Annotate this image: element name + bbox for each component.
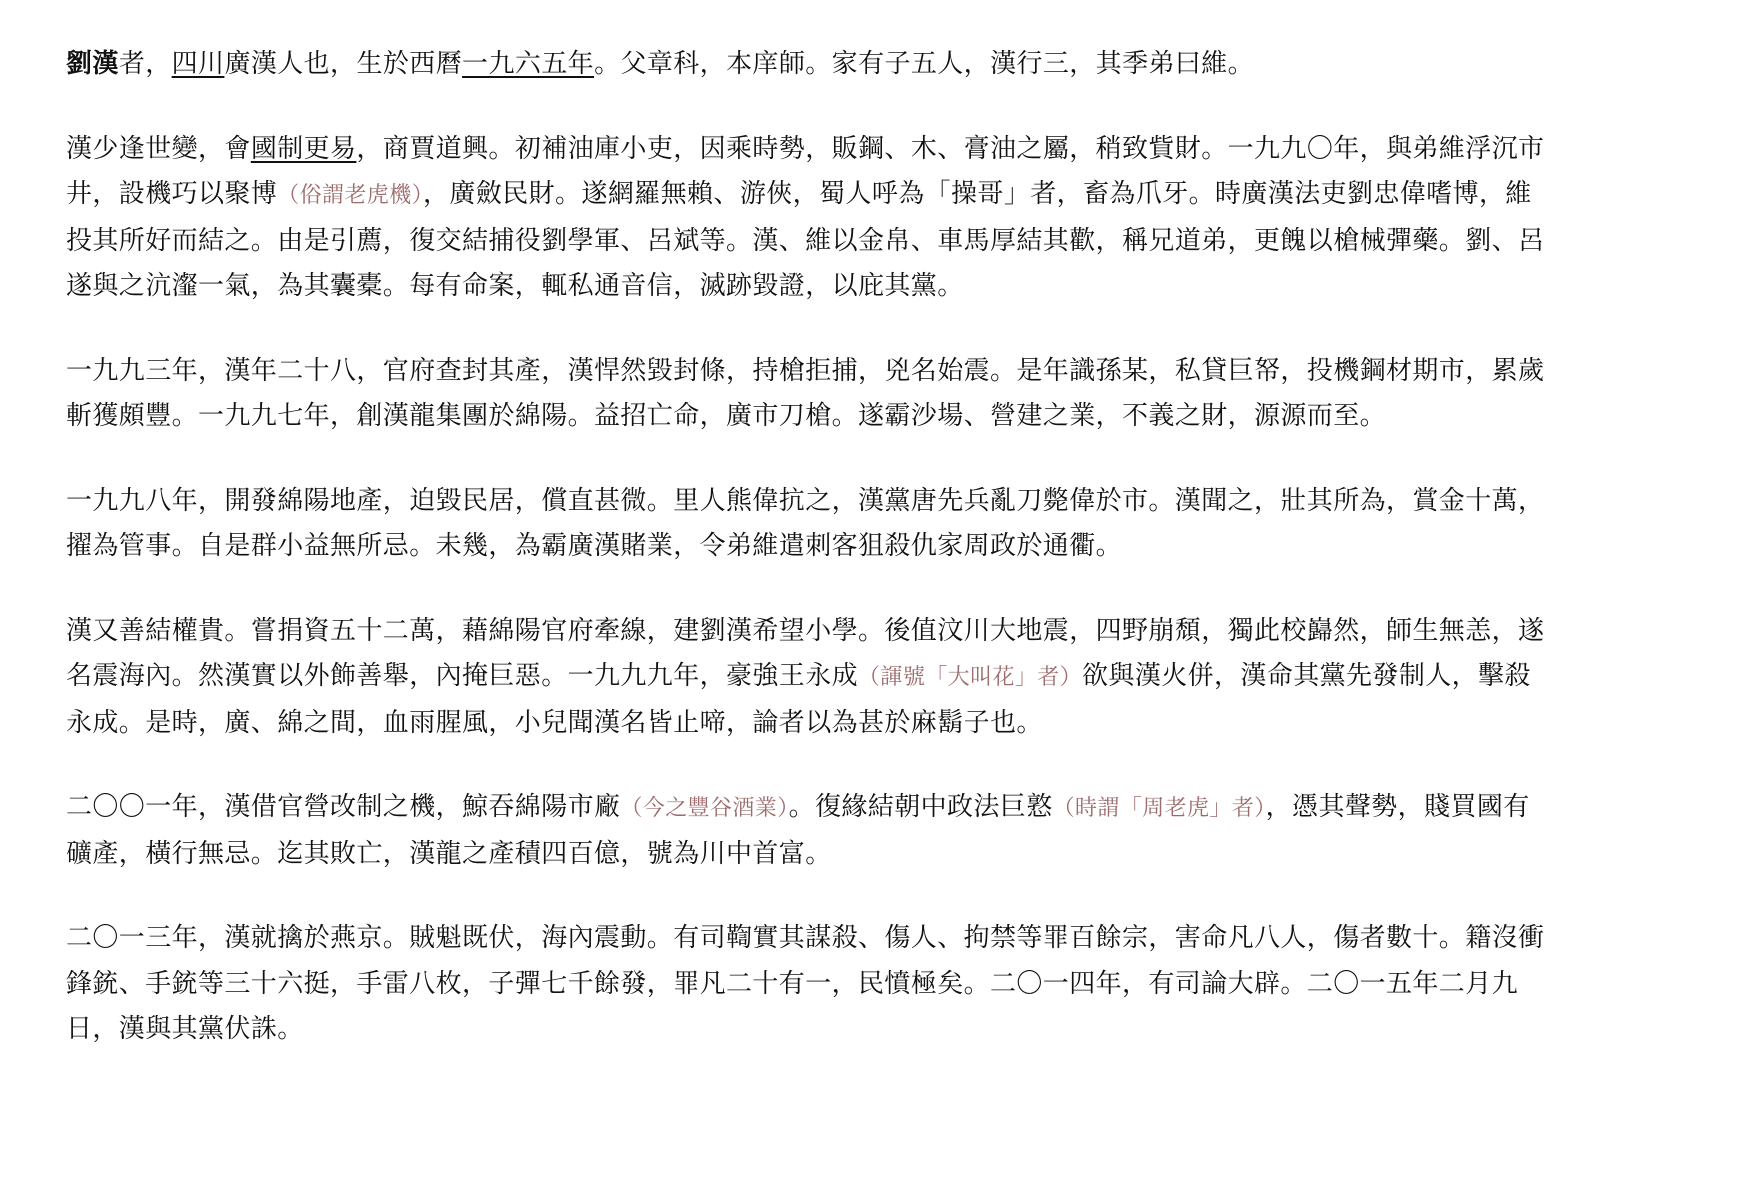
text-segment: 廣漢人也，生於西曆 [224, 49, 462, 79]
paragraph-1993: 一九九三年，漢年二十八，官府查封其產，漢悍然毀封條，持槍拒捕，兇名始震。是年識孫… [66, 349, 1546, 440]
underlined-place: 四川 [172, 49, 225, 79]
paragraph-2013: 二〇一三年，漢就擒於燕京。賊魁既伏，海內震動。有司鞫實其謀殺、傷人、拘禁等罪百餘… [66, 916, 1546, 1053]
underlined-term: 國制更易 [251, 134, 357, 164]
paragraph-2001: 二〇〇一年，漢借官營改制之機，鯨吞綿陽市廠（今之豐谷酒業）。復緣結朝中政法巨憝（… [66, 785, 1546, 877]
text-segment: 漢少逢世變，會 [66, 134, 251, 164]
paragraph-intro: 劉漢者，四川廣漢人也，生於西曆一九六五年。父章科，本庠師。家有子五人，漢行三，其… [66, 42, 1546, 88]
text-segment: 一九九八年，開發綿陽地產，迫毀民居，償直甚微。里人熊偉抗之，漢黨唐先兵亂刀斃偉於… [66, 486, 1544, 562]
paragraph-connections: 漢又善結權貴。嘗捐資五十二萬，藉綿陽官府牽線，建劉漢希望小學。後值汶川大地震，四… [66, 609, 1546, 747]
paragraph-early-career: 漢少逢世變，會國制更易，商賈道興。初補油庫小吏，因乘時勢，販鋼、木、膏油之屬，稍… [66, 127, 1546, 310]
text-segment: 。父章科，本庠師。家有子五人，漢行三，其季弟曰維。 [594, 49, 1254, 79]
subject-name: 劉漢 [66, 49, 119, 79]
annotation-note: （諢號「大叫花」者） [858, 665, 1082, 690]
annotation-note: （時謂「周老虎」者） [1053, 796, 1266, 821]
text-segment: 。復緣結朝中政法巨憝 [789, 792, 1053, 822]
text-segment: 一九九三年，漢年二十八，官府查封其產，漢悍然毀封條，持槍拒捕，兇名始震。是年識孫… [66, 356, 1544, 432]
paragraph-1998: 一九九八年，開發綿陽地產，迫毀民居，償直甚微。里人熊偉抗之，漢黨唐先兵亂刀斃偉於… [66, 479, 1546, 570]
annotation-note: （俗謂老虎機） [277, 183, 423, 208]
text-segment: 者， [119, 49, 172, 79]
annotation-note: （今之豐谷酒業） [620, 796, 788, 821]
text-segment: 二〇〇一年，漢借官營改制之機，鯨吞綿陽市廠 [66, 792, 620, 822]
text-segment: 二〇一三年，漢就擒於燕京。賊魁既伏，海內震動。有司鞫實其謀殺、傷人、拘禁等罪百餘… [66, 923, 1544, 1044]
document-body: 劉漢者，四川廣漢人也，生於西曆一九六五年。父章科，本庠師。家有子五人，漢行三，其… [66, 42, 1546, 1092]
underlined-year: 一九六五年 [462, 49, 594, 79]
